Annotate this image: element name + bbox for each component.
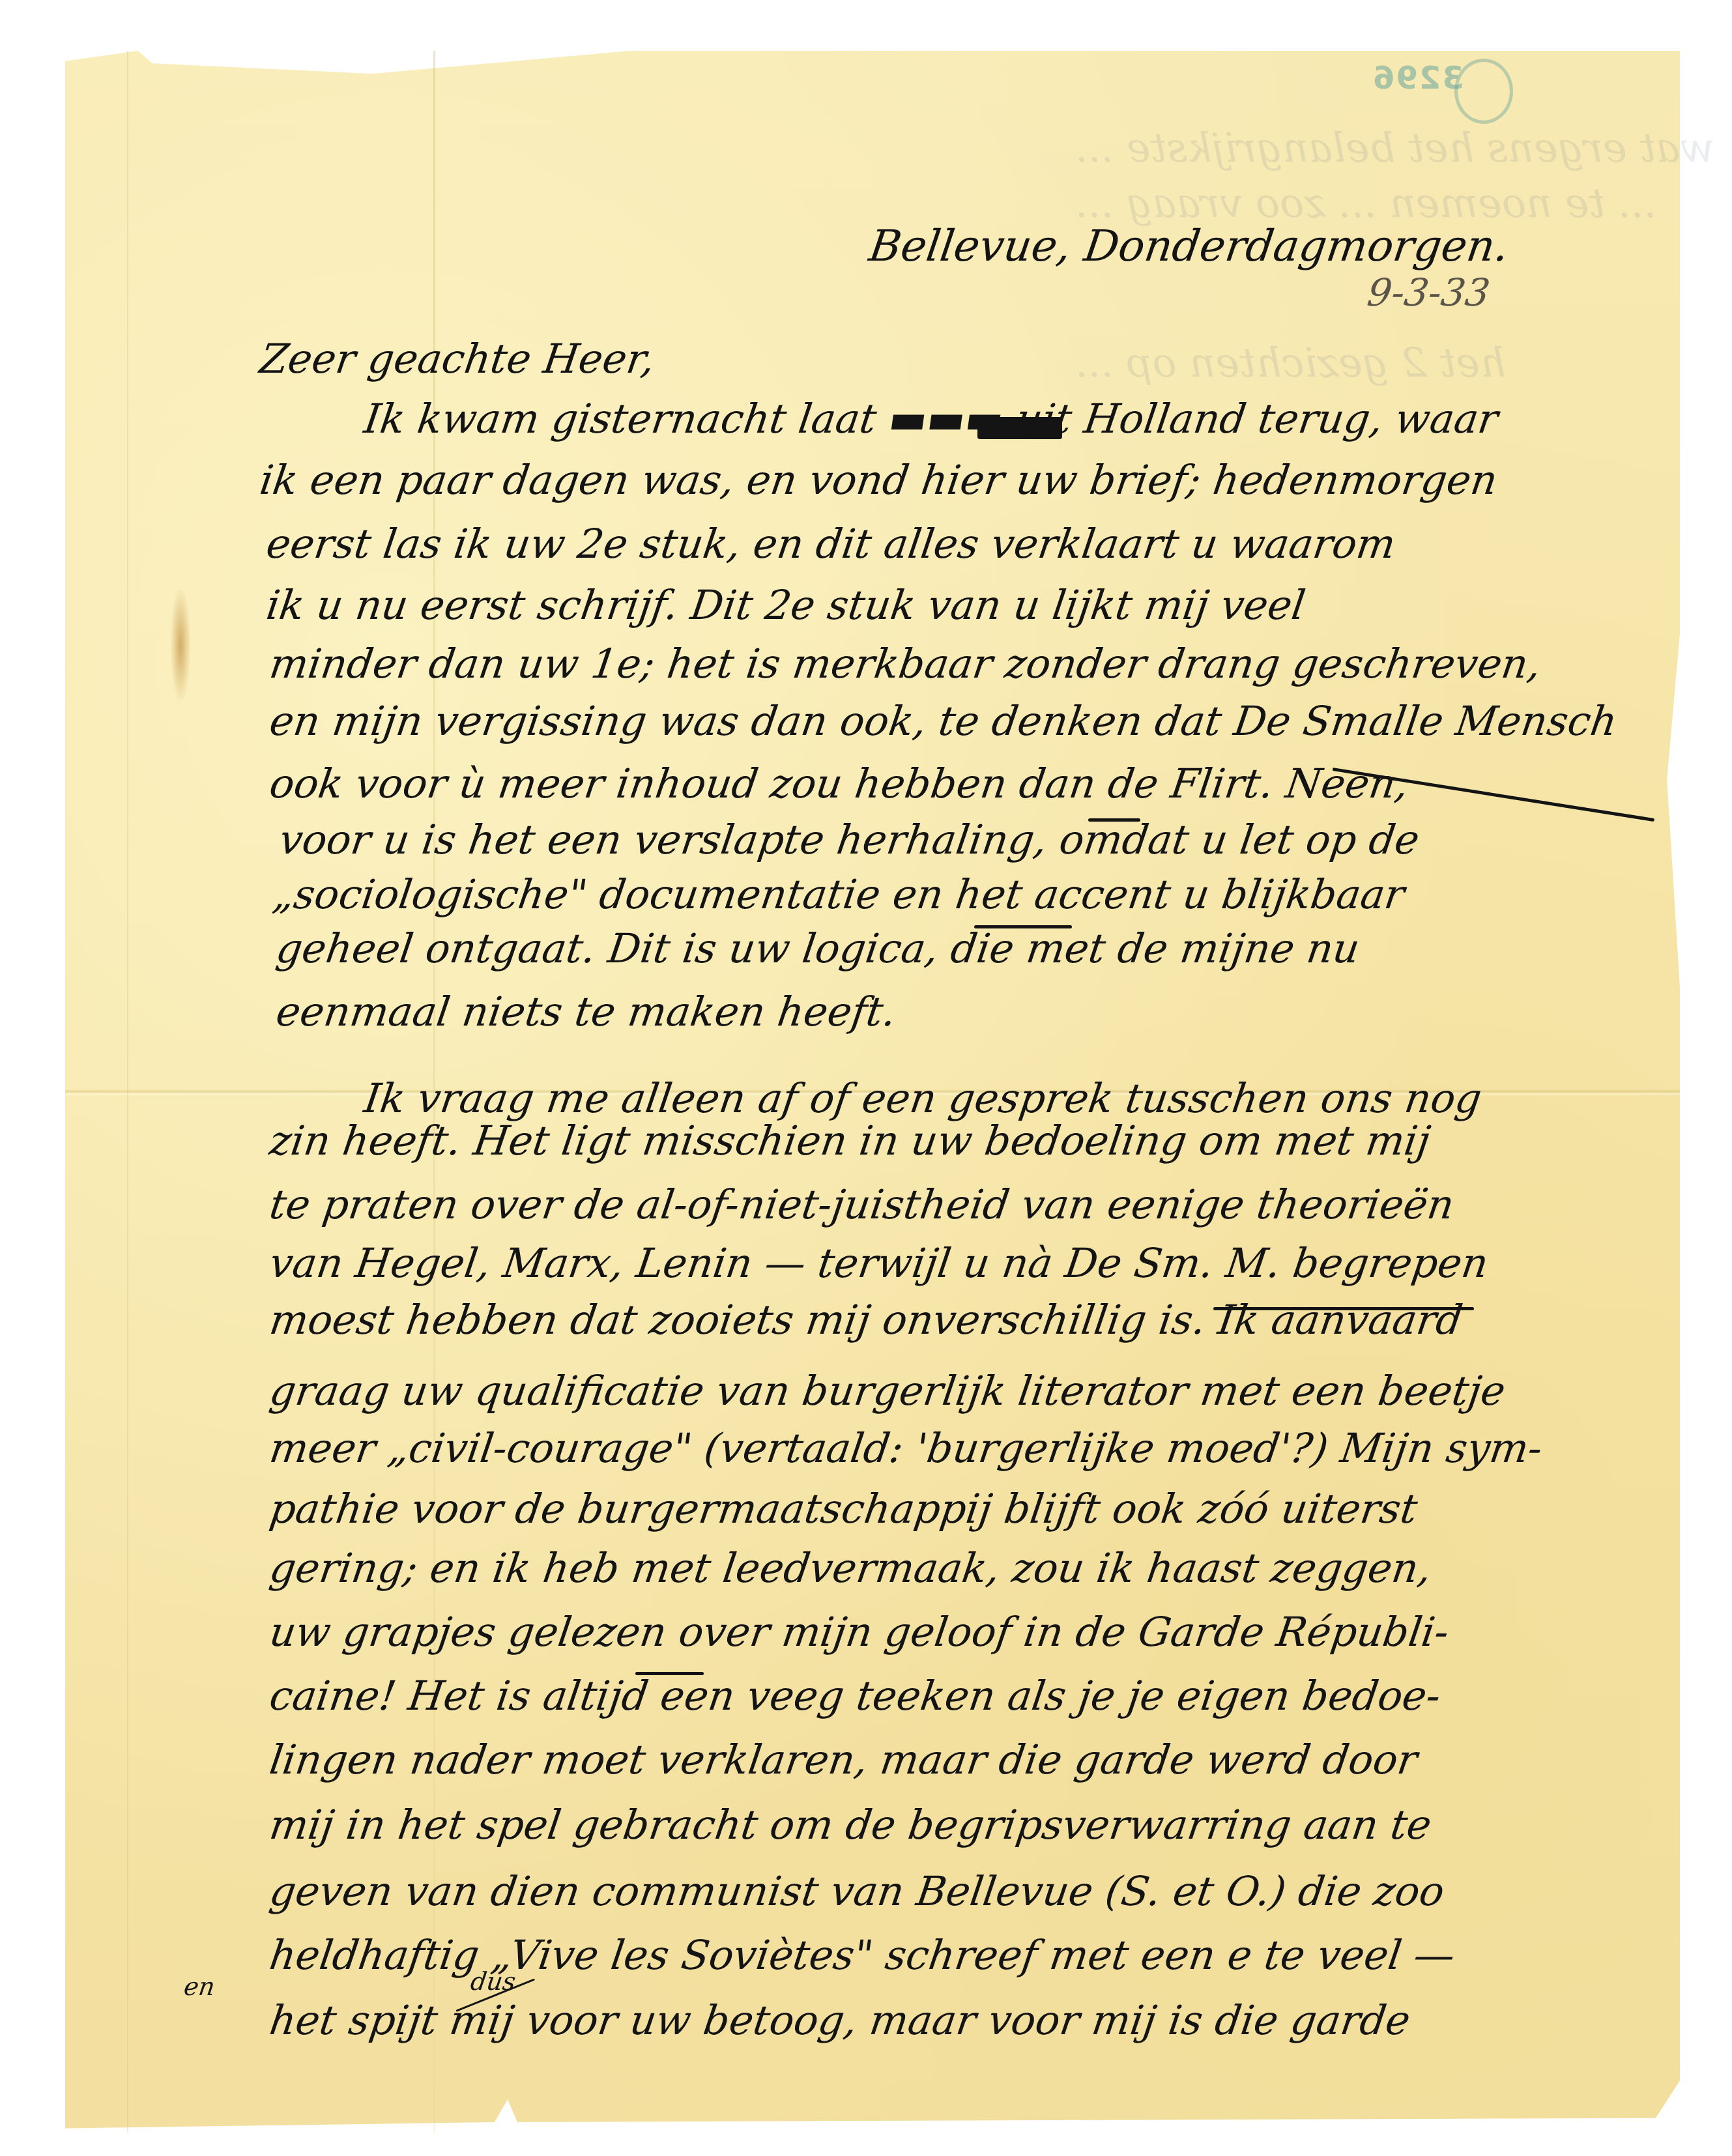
body-line: zin heeft. Het ligt misschien in uw bedo… — [267, 1121, 1433, 1161]
body-line: heldhaftig „Vive les Soviètes" schreef m… — [267, 1935, 1457, 1976]
body-line: pathie voor de burgermaatschappij blijft… — [267, 1489, 1420, 1529]
body-line: uw grapjes gelezen over mijn geloof in d… — [267, 1612, 1451, 1652]
body-line: Ik vraag me alleen af of een gesprek tus… — [362, 1078, 1484, 1119]
brown-stain — [171, 590, 190, 700]
letter-date: 9-3-33 — [1365, 274, 1492, 311]
body-line: geven van dien communist van Bellevue (S… — [267, 1871, 1447, 1912]
body-line: eenmaal niets te maken heeft. — [274, 992, 899, 1032]
body-line: Ik kwam gisternacht laat ▬▬▬ uit Holland… — [362, 399, 1501, 439]
body-line: minder dan uw 1e; het is merkbaar zonder… — [267, 644, 1544, 684]
salutation: Zeer geachte Heer, — [257, 339, 657, 379]
body-line: graag uw qualificatie van burgerlijk lit… — [267, 1371, 1508, 1411]
body-line: caine! Het is altijd een veeg teeken als… — [267, 1676, 1443, 1716]
letter-place-day: Bellevue, Donderdagmorgen. — [867, 225, 1511, 268]
body-line: van Hegel, Marx, Lenin — terwijl u nà De… — [267, 1243, 1491, 1284]
body-line: ook voor ù meer inhoud zou hebben dan de… — [267, 764, 1411, 804]
archive-stamp-icon — [1454, 59, 1513, 124]
body-line: mij in het spel gebracht om de begripsve… — [267, 1805, 1434, 1845]
body-line: het spijt mij voor uw betoog, maar voor … — [267, 2000, 1413, 2041]
body-line: voor u is het een verslapte herhaling, o… — [277, 820, 1422, 860]
body-line: te praten over de al-of-niet-juistheid v… — [267, 1185, 1456, 1225]
body-line: meer „civil-courage" (vertaald: 'burgerl… — [267, 1428, 1545, 1469]
margin-insert-en: en — [182, 1974, 216, 1999]
body-line: ik u nu eerst schrijf. Dit 2e stuk van u… — [264, 585, 1308, 625]
bleed-through-text: het 2 gezichten op ... — [1075, 339, 1506, 386]
body-line: moest hebben dat zooiets mij onverschill… — [267, 1300, 1465, 1340]
struck-out-word — [977, 417, 1062, 439]
bleed-through-text: wat ergens het belangrijkste ... — [1075, 124, 1714, 171]
body-line: lingen nader moet verklaren, maar die ga… — [267, 1740, 1420, 1780]
body-line: en mijn vergissing was dan ook, te denke… — [267, 701, 1619, 741]
bleed-through-text: ... te noemen ... zoo vraag ... — [1075, 179, 1656, 227]
body-line: geheel ontgaat. Dit is uw logica, die me… — [274, 928, 1362, 969]
archive-stamp-number: 3296 — [1372, 60, 1464, 96]
body-line: eerst las ik uw 2e stuk, en dit alles ve… — [264, 524, 1398, 564]
body-line: ik een paar dagen was, en vond hier uw b… — [257, 460, 1500, 500]
body-line: „sociologische" documentatie en het acce… — [270, 874, 1407, 915]
body-line: gering; en ik heb met leedvermaak, zou i… — [267, 1548, 1434, 1588]
